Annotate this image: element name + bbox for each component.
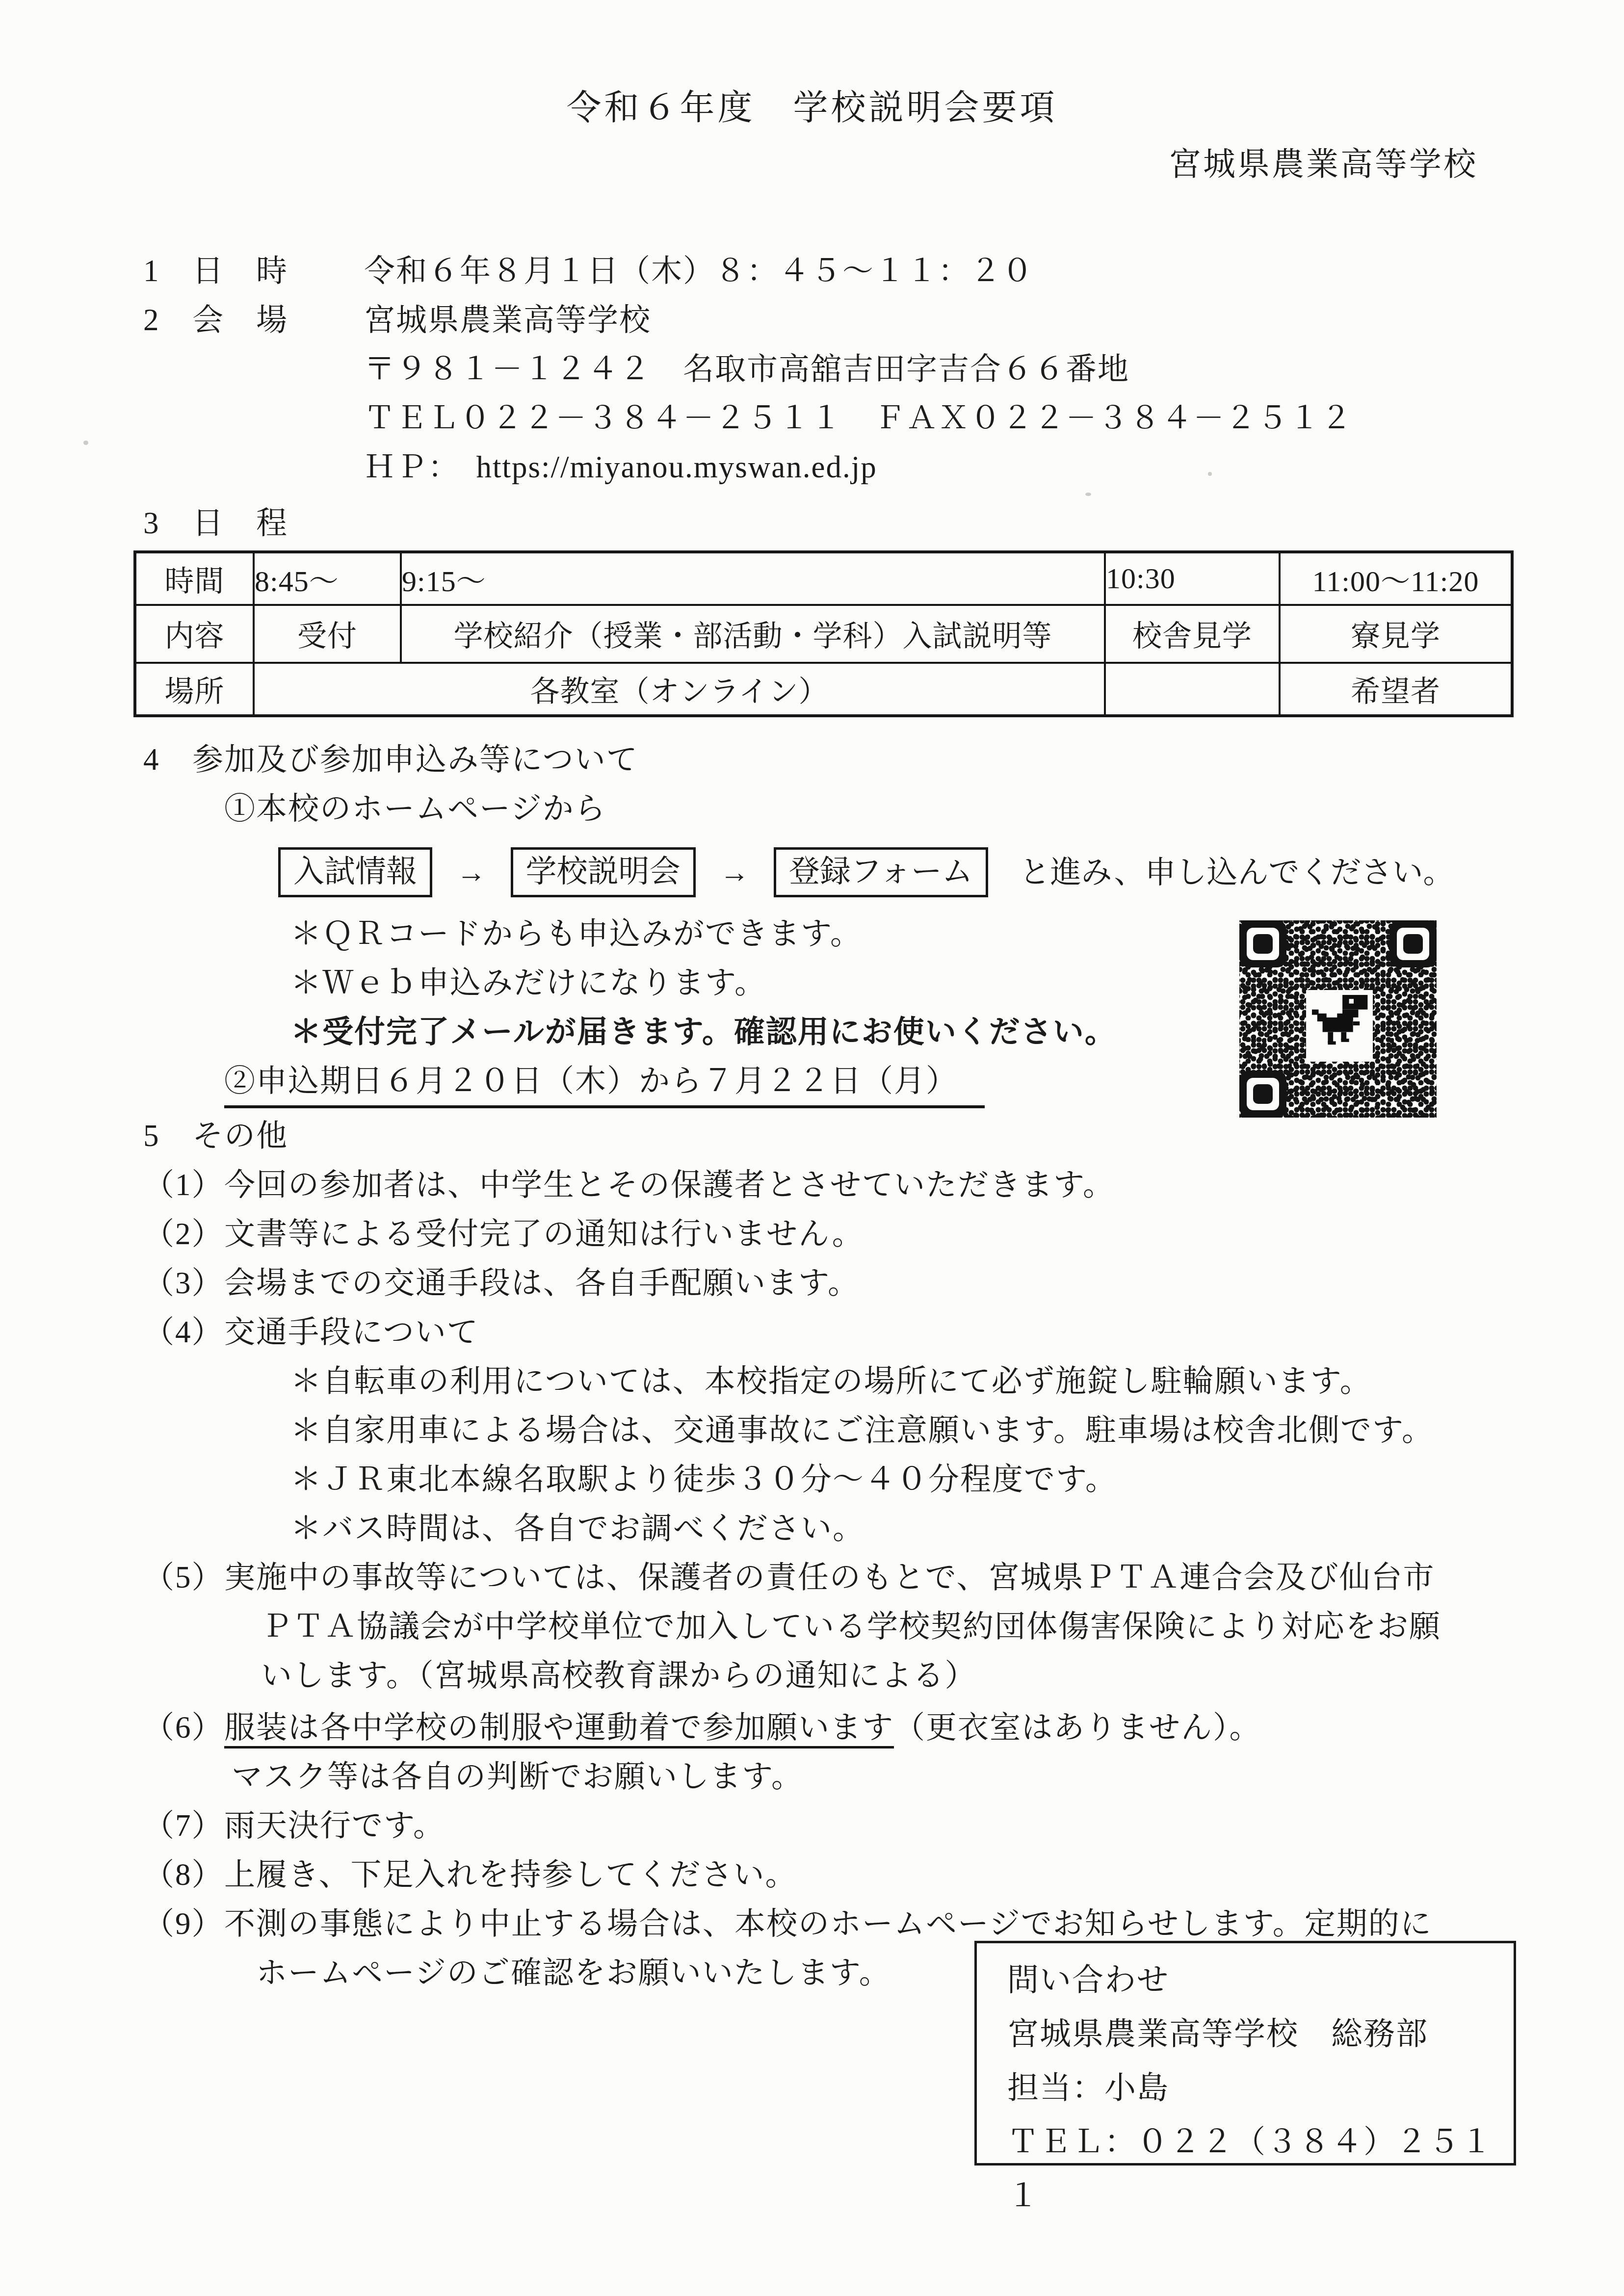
item-number: （4） <box>143 1307 224 1357</box>
contact-phone: ＴＥＬ：０２２（３８４）２５１１ <box>1007 2115 1499 2223</box>
contact-heading: 問い合わせ <box>1007 1953 1499 2007</box>
qr-finder-bottom-left <box>1239 1070 1286 1118</box>
time-cell: 11:00～11:20 <box>1280 552 1512 605</box>
other-item-4: （4） 交通手段について <box>143 1307 1536 1357</box>
section-number: 4 <box>143 735 192 784</box>
venue-address: 〒９８１－１２４２ 名取市高舘吉田字吉合６６番地 <box>364 344 1536 393</box>
item-text: 交通手段について <box>224 1307 1536 1357</box>
row-label-time: 時間 <box>135 552 254 605</box>
other-item-5-wrap: ＰＴＡ協議会が中学校単位で加入している学校契約団体傷害保険により対応をお願 <box>143 1602 1536 1651</box>
venue-name: 宮城県農業高等学校 <box>364 295 651 344</box>
other-item-2: （2） 文書等による受付完了の通知は行いません。 <box>143 1209 1536 1258</box>
schedule-table: 時間 8:45～ 9:15～ 10:30 11:00～11:20 内容 受付 学… <box>133 550 1514 717</box>
item-text-line2: マスク等は各自の判断でお願いします。 <box>232 1752 1536 1801</box>
transport-note-bus: ＊バス時間は、各自でお調べください。 <box>290 1504 1536 1553</box>
other-item-6-wrap: マスク等は各自の判断でお願いします。 <box>143 1752 1536 1801</box>
flow-box-admission-info: 入試情報 <box>278 847 432 897</box>
transport-note-car: ＊自家用車による場合は、交通事故にご注意願います。駐車場は校舎北側です。 <box>290 1406 1536 1455</box>
other-heading: その他 <box>192 1111 288 1160</box>
section-venue: 2 会 場 宮城県農業高等学校 <box>143 295 1536 344</box>
venue-telfax: ＴＥＬ０２２－３８４－２５１１ ＦＡＸ０２２－３８４－２５１２ <box>364 393 1536 443</box>
item-number-spacer <box>143 1602 224 1651</box>
scan-speck <box>1208 472 1212 476</box>
content-cell: 受付 <box>254 605 401 663</box>
document-page: 令和６年度 学校説明会要項 宮城県農業高等学校 1 日 時 令和６年８月１日（木… <box>0 0 1624 2296</box>
place-cell-empty <box>1105 663 1280 716</box>
arrow-right-icon: → <box>457 840 486 904</box>
other-item-7: （7） 雨天決行です。 <box>143 1801 1536 1850</box>
place-cell-optional: 希望者 <box>1280 663 1512 716</box>
dress-code-underlined: 服装は各中学校の制服や運動着で参加願います <box>224 1710 894 1748</box>
item-text: 上履き、下足入れを持参してください。 <box>224 1850 1536 1899</box>
item-number-spacer <box>143 1651 224 1700</box>
qr-code <box>1234 913 1442 1130</box>
section-application: 4 参加及び参加申込み等について <box>143 735 1536 784</box>
other-item-5-wrap: いします。（宮城県高校教育課からの通知による） <box>143 1651 1536 1700</box>
item-text: 文書等による受付完了の通知は行いません。 <box>224 1209 1536 1258</box>
item-text: 雨天決行です。 <box>224 1801 1536 1850</box>
item-text: 会場までの交通手段は、各自手配願います。 <box>224 1258 1536 1307</box>
qr-finder-top-right <box>1389 920 1437 967</box>
content-cell: 校舎見学 <box>1105 605 1280 663</box>
item-number: （8） <box>143 1850 224 1899</box>
section-datetime: 1 日 時 令和６年８月１日（木）８：４５～１１：２０ <box>143 246 1536 295</box>
contact-school-dept: 宮城県農業高等学校 総務部 <box>1007 2007 1499 2061</box>
section-label: 日 時 <box>192 246 364 295</box>
other-item-1: （1） 今回の参加者は、中学生とその保護者とさせていただきます。 <box>143 1160 1536 1209</box>
place-cell-main: 各教室（オンライン） <box>254 663 1105 716</box>
table-row-place: 場所 各教室（オンライン） 希望者 <box>135 663 1512 716</box>
item-number: （3） <box>143 1258 224 1307</box>
arrow-right-icon: → <box>720 840 749 904</box>
contact-box: 問い合わせ 宮城県農業高等学校 総務部 担当：小島 ＴＥＬ：０２２（３８４）２５… <box>974 1941 1516 2166</box>
item-number: （5） <box>143 1553 224 1602</box>
item-number-spacer <box>143 1948 224 1997</box>
section-label: 日 程 <box>192 498 364 548</box>
section-label: 会 場 <box>192 295 364 344</box>
scan-speck <box>83 441 88 445</box>
datetime-value: 令和６年８月１日（木）８：４５～１１：２０ <box>364 246 1034 295</box>
other-item-8: （8） 上履き、下足入れを持参してください。 <box>143 1850 1536 1899</box>
page-title: 令和６年度 学校説明会要項 <box>0 0 1624 133</box>
item-text: 今回の参加者は、中学生とその保護者とさせていただきます。 <box>224 1160 1536 1209</box>
item-text-line1: 実施中の事故等については、保護者の責任のもとで、宮城県ＰＴＡ連合会及び仙台市 <box>224 1553 1536 1602</box>
application-heading: 参加及び参加申込み等について <box>192 735 638 784</box>
section-number: 3 <box>143 498 192 548</box>
time-cell: 8:45～ <box>254 552 401 605</box>
item-number: （6） <box>143 1703 224 1752</box>
item-text-line3: いします。（宮城県高校教育課からの通知による） <box>261 1651 1536 1700</box>
item-number: （9） <box>143 1899 224 1948</box>
other-item-6: （6） 服装は各中学校の制服や運動着で参加願います（更衣室はありません）。 <box>143 1703 1536 1752</box>
row-label-content: 内容 <box>135 605 254 663</box>
application-deadline: ②申込期日６月２０日（木）から７月２２日（月） <box>224 1058 985 1108</box>
section-number: 5 <box>143 1111 192 1160</box>
scan-speck <box>1085 493 1091 496</box>
venue-homepage-url: ＨＰ： https://miyanou.myswan.ed.jp <box>364 443 1536 492</box>
row-label-place: 場所 <box>135 663 254 716</box>
item-number: （2） <box>143 1209 224 1258</box>
other-item-3: （3） 会場までの交通手段は、各自手配願います。 <box>143 1258 1536 1307</box>
flow-suffix-text: と進み、申し込んでください。 <box>1020 855 1454 889</box>
application-flow: 入試情報 → 学校説明会 → 登録フォーム と進み、申し込んでください。 <box>278 837 1536 904</box>
item-number: （1） <box>143 1160 224 1209</box>
time-cell: 10:30 <box>1105 552 1280 605</box>
item-text: 服装は各中学校の制服や運動着で参加願います（更衣室はありません）。 <box>224 1703 1536 1752</box>
section-number: 1 <box>143 246 192 295</box>
dress-code-rest: （更衣室はありません）。 <box>894 1710 1261 1745</box>
flow-box-registration-form: 登録フォーム <box>774 847 988 897</box>
dino-icon <box>1306 990 1373 1062</box>
table-row-time: 時間 8:45～ 9:15～ 10:30 11:00～11:20 <box>135 552 1512 605</box>
transport-note-bicycle: ＊自転車の利用については、本校指定の場所にて必ず施錠し駐輪願います。 <box>290 1357 1536 1406</box>
school-name: 宮城県農業高等学校 <box>0 140 1624 189</box>
content-cell: 学校紹介（授業・部活動・学科）入試説明等 <box>401 605 1105 663</box>
content-cell: 寮見学 <box>1280 605 1512 663</box>
section-number: 2 <box>143 295 192 344</box>
application-step1: ①本校のホームページから <box>224 784 1536 833</box>
table-row-content: 内容 受付 学校紹介（授業・部活動・学科）入試説明等 校舎見学 寮見学 <box>135 605 1512 663</box>
other-item-5: （5） 実施中の事故等については、保護者の責任のもとで、宮城県ＰＴＡ連合会及び仙… <box>143 1553 1536 1602</box>
item-text-line2: ＰＴＡ協議会が中学校単位で加入している学校契約団体傷害保険により対応をお願 <box>261 1602 1536 1651</box>
flow-box-school-session: 学校説明会 <box>511 847 696 897</box>
item-number: （7） <box>143 1801 224 1850</box>
transport-note-jr: ＊ＪＲ東北本線名取駅より徒歩３０分～４０分程度です。 <box>290 1455 1536 1504</box>
time-cell: 9:15～ <box>401 552 1105 605</box>
qr-finder-top-left <box>1239 920 1286 967</box>
section-schedule: 3 日 程 <box>143 498 1536 548</box>
qr-code-graphic <box>1234 913 1442 1130</box>
item-number-spacer <box>143 1752 224 1801</box>
contact-person: 担当：小島 <box>1007 2061 1499 2115</box>
